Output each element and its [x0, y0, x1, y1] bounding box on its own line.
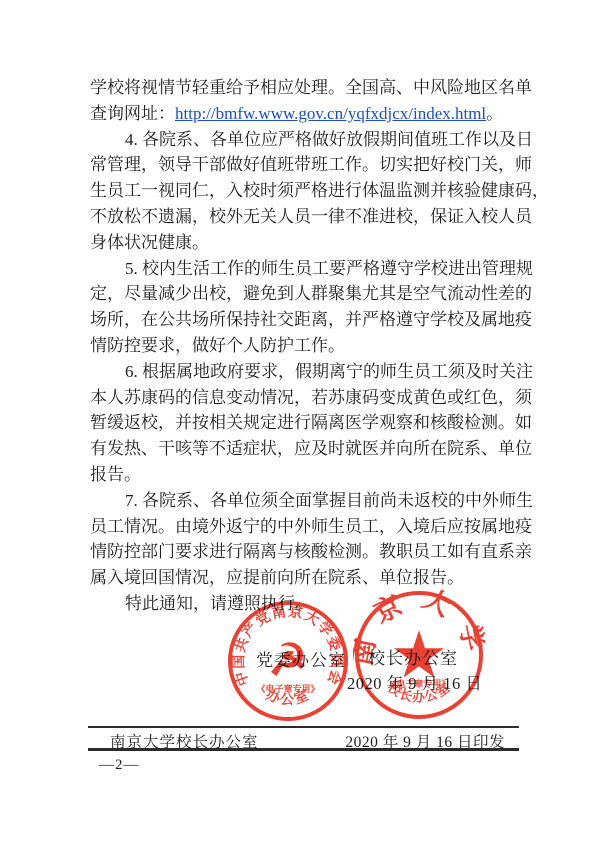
- footer-rule-bottom: [88, 748, 519, 751]
- url-label: 查询网址：: [90, 104, 175, 123]
- body-line: 学校将视情节轻重给予相应处理。全国高、中风险地区名单: [90, 75, 520, 101]
- body-line: 常管理，领导干部做好值班带班工作。切实把好校门关，师: [90, 152, 520, 178]
- party-committee-seal: 中国共产党南京大学委员会 ☭ 《电子章专用》 办公室: [226, 599, 350, 723]
- body-line: 有发热、干咳等不适症状，应及时就医并向所在院系、单位: [90, 436, 520, 462]
- body-line: 属入境回国情况，应提前向所在院系、单位报告。: [90, 565, 520, 591]
- page-number: —2—: [99, 757, 140, 774]
- risk-area-query-link[interactable]: http://bmfw.www.gov.cn/yqfxdjcx/index.ht…: [175, 104, 486, 123]
- body-line: 不放松不遗漏，校外无关人员一律不准进校，保证入校人员: [90, 204, 520, 230]
- body-line: 场所，在公共场所保持社交距离，并严格遵守学校及属地疫: [90, 307, 520, 333]
- body-line: 本人苏康码的信息变动情况，若苏康码变成黄色或红色，须: [90, 385, 520, 411]
- body-line: 报告。: [90, 462, 520, 488]
- president-office-seal: 南京大学 ★ 《电子章专用》 校长办公室: [353, 589, 485, 721]
- body-line: 情防控部门要求进行隔离与核酸检测。教职员工如有直系亲: [90, 539, 520, 565]
- body-line: 员工情况。由境外返宁的中外师生员工，入境后应按属地疫: [90, 514, 520, 540]
- document-page: 学校将视情节轻重给予相应处理。全国高、中风险地区名单 查询网址：http://b…: [0, 0, 600, 850]
- footer-rule-top: [88, 726, 519, 728]
- hammer-sickle-icon: ☭: [268, 636, 307, 685]
- body-line: 4. 各院系、各单位应严格做好放假期间值班工作以及日: [90, 127, 520, 153]
- body-line: 身体状况健康。: [90, 230, 520, 256]
- body-line: 5. 校内生活工作的师生员工要严格遵守学校进出管理规: [90, 256, 520, 282]
- url-suffix: 。: [486, 104, 503, 123]
- body-line: 暂缓返校，并按相关规定进行隔离医学观察和核酸检测。如: [90, 410, 520, 436]
- body-line: 7. 各院系、各单位须全面掌握目前尚未返校的中外师生: [90, 488, 520, 514]
- body-line: 生员工一视同仁，入校时须严格进行体温监测并核验健康码，: [90, 178, 520, 204]
- body-line: 6. 根据属地政府要求，假期离宁的师生员工须及时关注: [90, 359, 520, 385]
- body-line: 情防控要求，做好个人防护工作。: [90, 333, 520, 359]
- body-line: 定，尽量减少出校，避免到人群聚集尤其是空气流动性差的: [90, 281, 520, 307]
- document-body: 学校将视情节轻重给予相应处理。全国高、中风险地区名单 查询网址：http://b…: [90, 75, 520, 617]
- body-line-url: 查询网址：http://bmfw.www.gov.cn/yqfxdjcx/ind…: [90, 101, 520, 127]
